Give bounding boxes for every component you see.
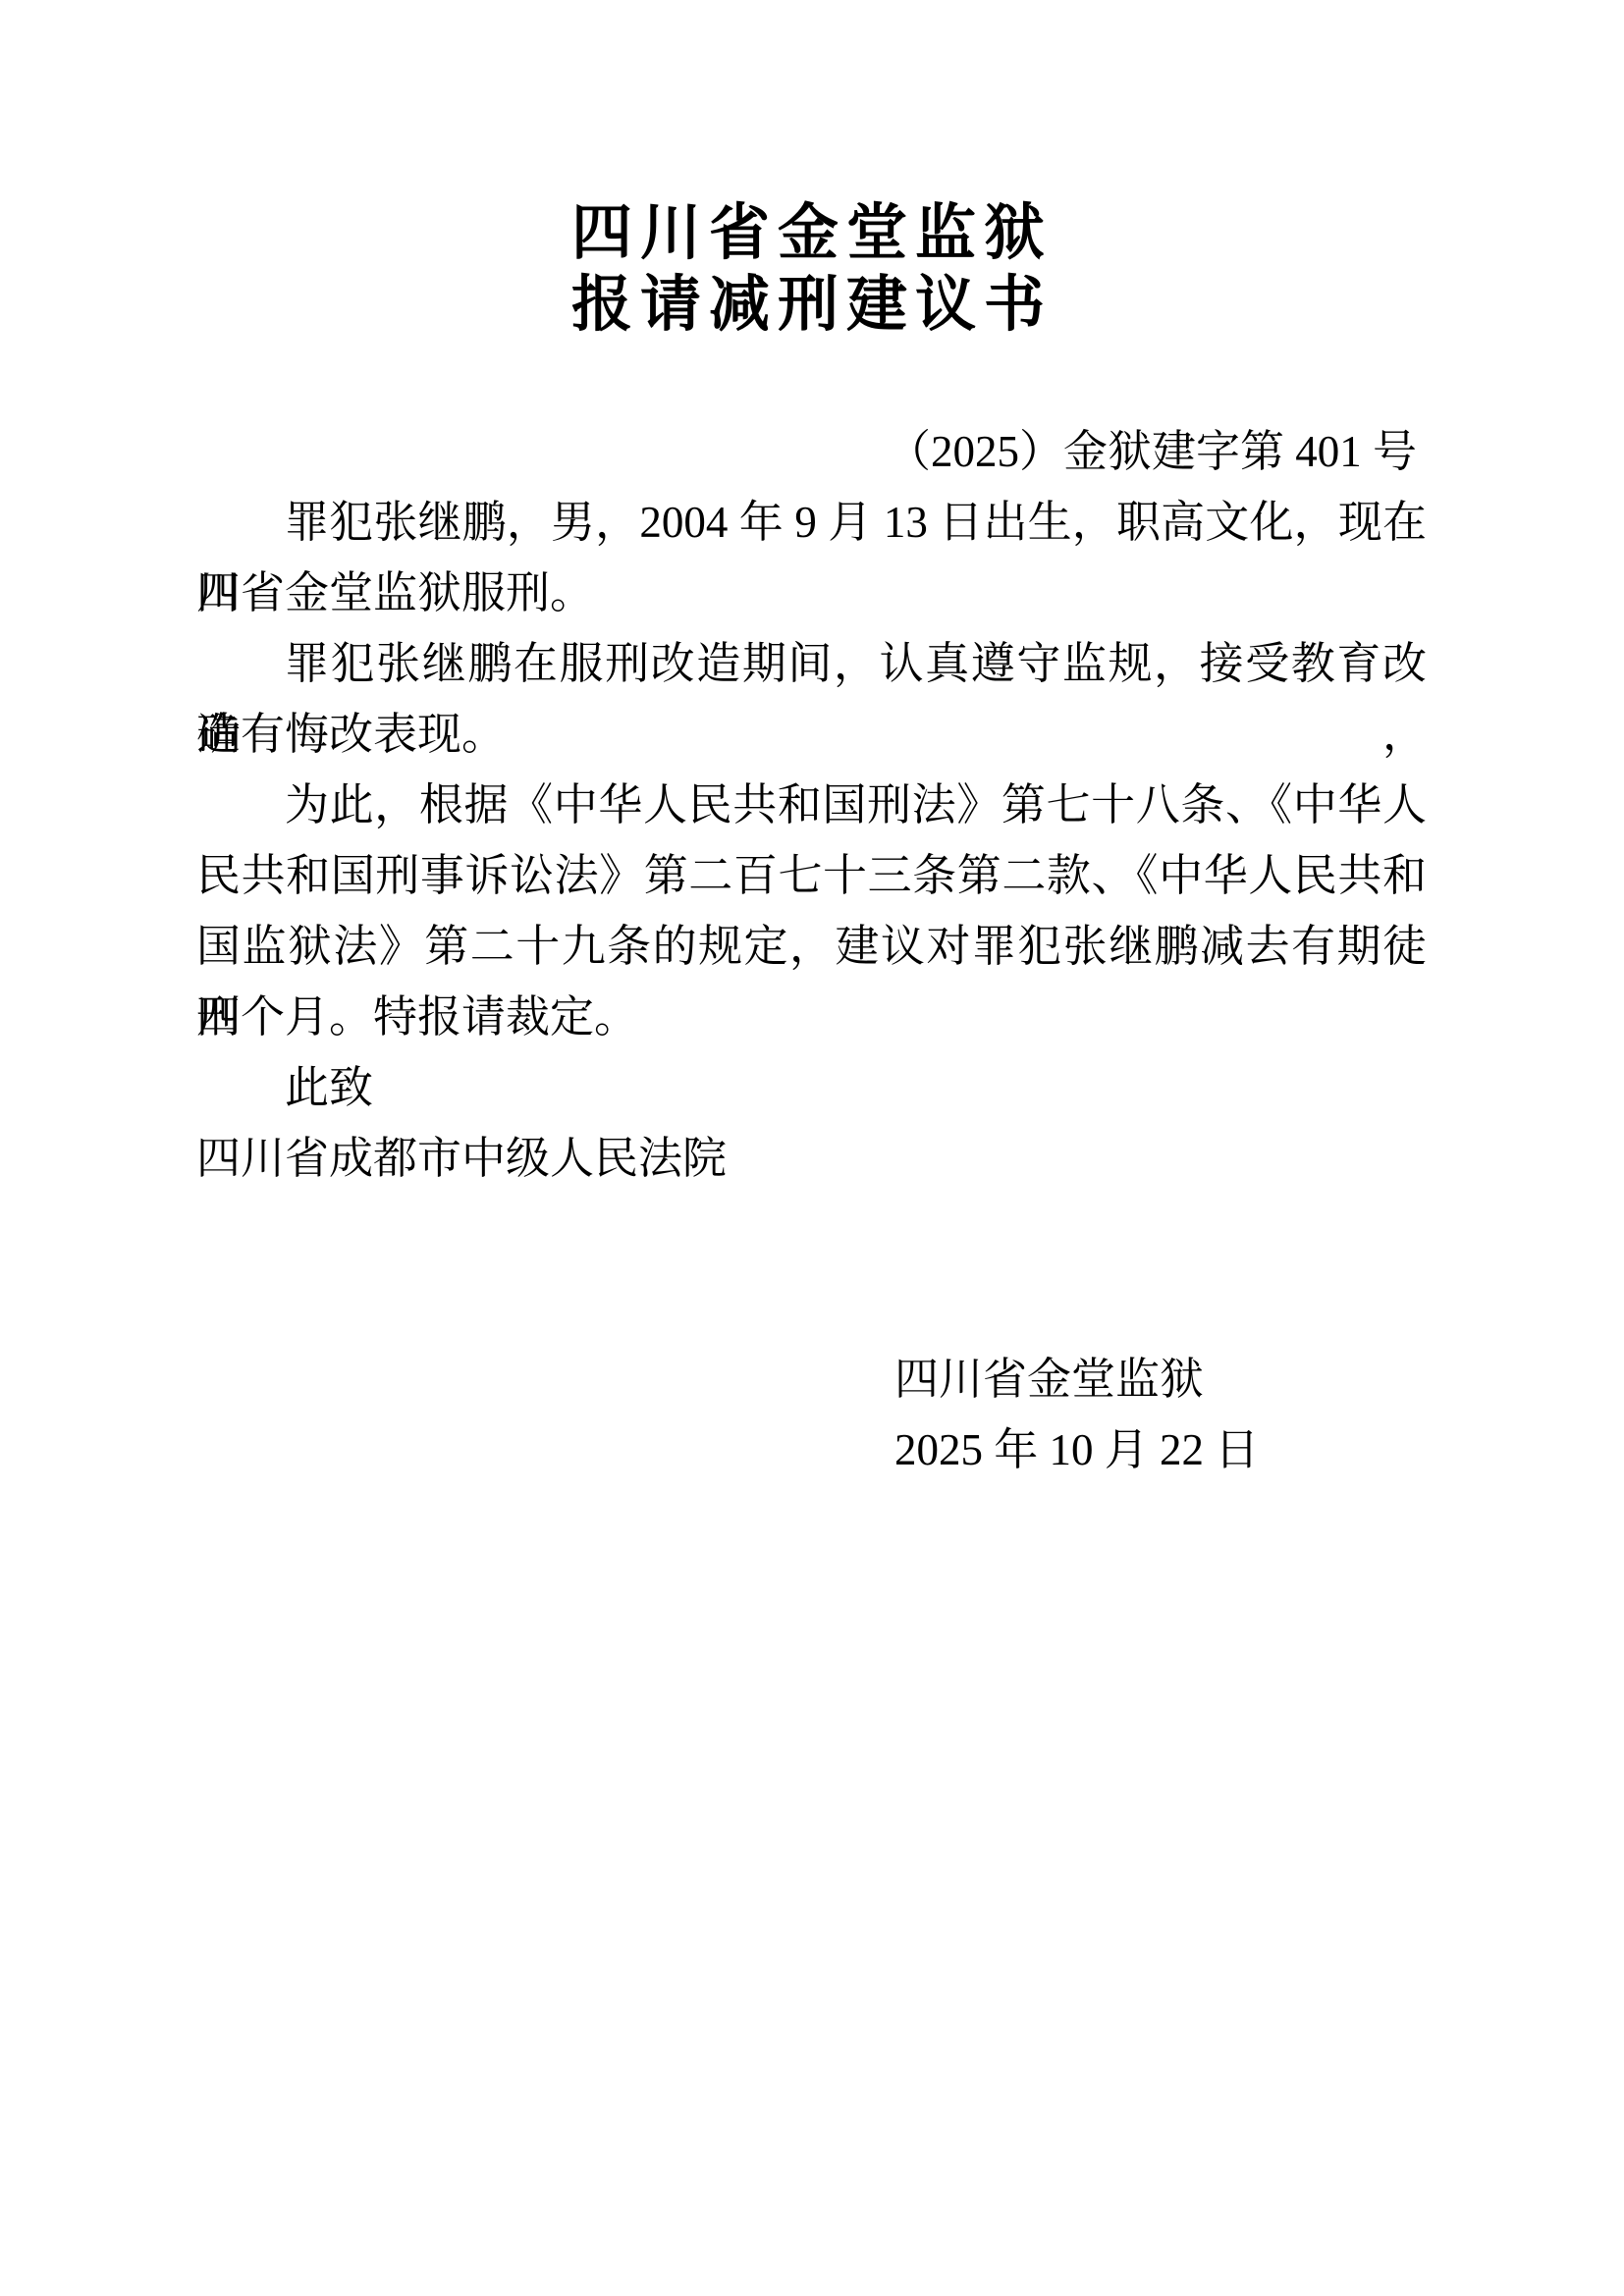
- doc-number: （2025）金狱建字第 401 号: [196, 416, 1427, 487]
- closing-recipient: 四川省成都市中级人民法院: [196, 1123, 1427, 1194]
- closing-salute: 此致: [196, 1052, 1427, 1123]
- blank-space: [196, 1194, 1427, 1344]
- paragraph-1-line-2: 川省金堂监狱服刑。: [196, 558, 1427, 628]
- paragraph-3-line-4: 四个月。特报请裁定。: [196, 982, 1427, 1052]
- paragraph-1-line-1: 罪犯张继鹏，男，2004 年 9 月 13 日出生，职高文化，现在四: [196, 487, 1427, 558]
- paragraph-2-line-1: 罪犯张继鹏在服刑改造期间，认真遵守监规，接受教育改造，: [196, 628, 1427, 699]
- signature-date: 2025 年 10 月 22 日: [196, 1415, 1427, 1485]
- document-body: （2025）金狱建字第 401 号 罪犯张继鹏，男，2004 年 9 月 13 …: [196, 416, 1427, 1485]
- paragraph-3-line-3: 国监狱法》第二十九条的规定，建议对罪犯张继鹏减去有期徒刑: [196, 911, 1427, 982]
- title-line-1: 四川省金堂监狱: [0, 197, 1624, 269]
- document-page: 四川省金堂监狱 报请减刑建议书 （2025）金狱建字第 401 号 罪犯张继鹏，…: [0, 0, 1624, 2296]
- signature-org: 四川省金堂监狱: [196, 1344, 1427, 1415]
- title-line-2: 报请减刑建议书: [0, 269, 1624, 341]
- document-title: 四川省金堂监狱 报请减刑建议书: [0, 197, 1624, 341]
- paragraph-3-line-1: 为此，根据《中华人民共和国刑法》第七十八条、《中华人: [196, 770, 1427, 840]
- paragraph-3-line-2: 民共和国刑事诉讼法》第二百七十三条第二款、《中华人民共和: [196, 840, 1427, 911]
